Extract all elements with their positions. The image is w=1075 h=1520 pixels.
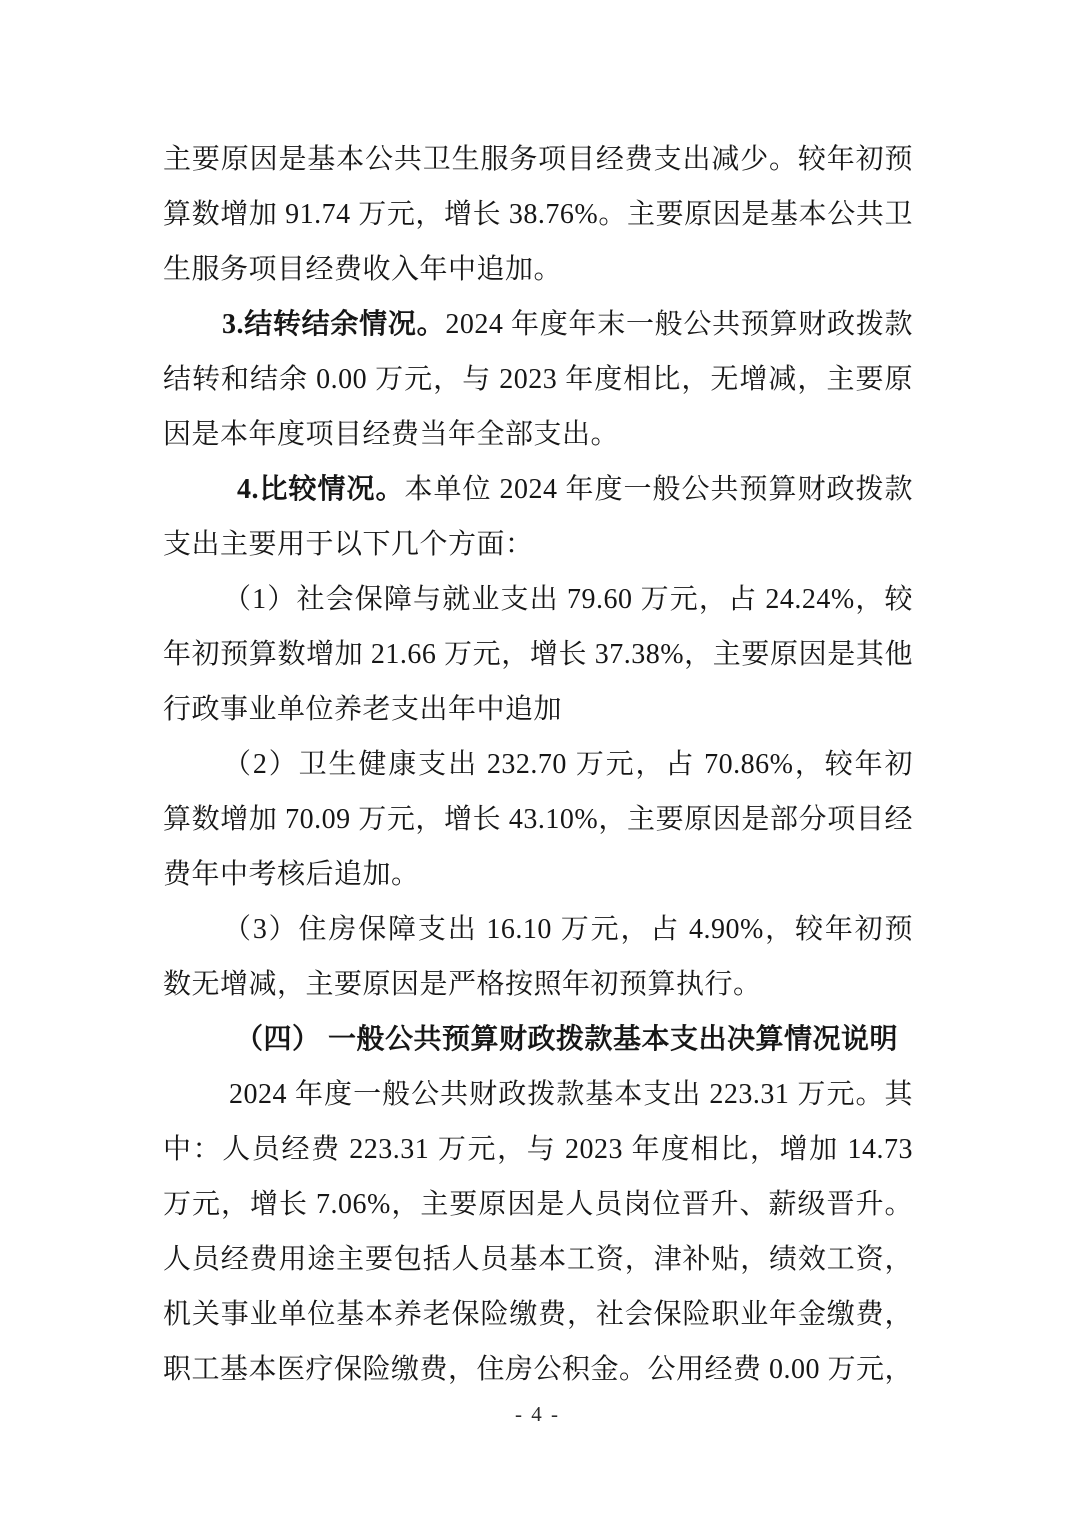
text-segment: 机关事业单位基本养老保险缴费，社会保险职业年金缴费，	[163, 1299, 913, 1330]
text-segment: 人员经费用途主要包括人员基本工资，津补贴，绩效工资，	[163, 1244, 913, 1275]
text-segment: 2024 年度一般公共财政拨款基本支出 223.31 万元。其	[229, 1079, 913, 1110]
text-line: 生服务项目经费收入年中追加。	[163, 242, 913, 297]
text-line: 2024 年度一般公共财政拨款基本支出 223.31 万元。其	[163, 1067, 913, 1122]
text-segment: 年初预算数增加 21.66 万元，增长 37.38%，主要原因是其他	[163, 639, 913, 670]
text-line: （2）卫生健康支出 232.70 万元，占 70.86%，较年初预	[163, 737, 913, 792]
text-line: 人员经费用途主要包括人员基本工资，津补贴，绩效工资，	[163, 1232, 913, 1287]
text-line: 机关事业单位基本养老保险缴费，社会保险职业年金缴费，	[163, 1287, 913, 1342]
text-segment: 算数增加 70.09 万元，增长 43.10%，主要原因是部分项目经	[163, 804, 913, 835]
text-line: 行政事业单位养老支出年中追加	[163, 682, 913, 737]
text-segment: 费年中考核后追加。	[163, 859, 420, 890]
text-line: 费年中考核后追加。	[163, 847, 913, 902]
heading-segment: 4.比较情况。	[237, 474, 405, 505]
text-segment: 算数增加 91.74 万元，增长 38.76%。主要原因是基本公共卫	[163, 199, 913, 230]
text-segment: 职工基本医疗保险缴费，住房公积金。公用经费 0.00 万元，	[163, 1354, 913, 1385]
text-line: 数无增减，主要原因是严格按照年初预算执行。	[163, 957, 913, 1012]
document-page: 主要原因是基本公共卫生服务项目经费支出减少。较年初预算数增加 91.74 万元，…	[0, 0, 1075, 1520]
text-segment: 生服务项目经费收入年中追加。	[163, 254, 562, 285]
text-segment: （3）住房保障支出 16.10 万元，占 4.90%，较年初预算	[223, 914, 913, 957]
heading-segment: （四） 一般公共预算财政拨款基本支出决算情况说明	[235, 1024, 898, 1055]
text-segment: 结转和结余 0.00 万元，与 2023 年度相比，无增减，主要原	[163, 364, 913, 395]
heading-segment: 3.结转结余情况。	[222, 309, 445, 340]
text-line: 3.结转结余情况。2024 年度年末一般公共预算财政拨款	[163, 297, 913, 352]
text-line: （1）社会保障与就业支出 79.60 万元，占 24.24%，较	[163, 572, 913, 627]
text-line: 主要原因是基本公共卫生服务项目经费支出减少。较年初预	[163, 132, 913, 187]
text-segment: 因是本年度项目经费当年全部支出。	[163, 419, 619, 450]
text-segment: 中：人员经费 223.31 万元，与 2023 年度相比，增加 14.73	[163, 1134, 913, 1165]
text-segment: 本单位 2024 年度一般公共预算财政拨款	[405, 474, 913, 505]
page-number: - 4 -	[0, 1402, 1075, 1427]
text-segment: 支出主要用于以下几个方面：	[163, 529, 534, 560]
text-segment: 万元，增长 7.06%，主要原因是人员岗位晋升、薪级晋升。	[163, 1189, 913, 1220]
text-segment: （1）社会保障与就业支出 79.60 万元，占 24.24%，较	[223, 584, 913, 615]
text-line: 支出主要用于以下几个方面：	[163, 517, 913, 572]
text-line: 算数增加 91.74 万元，增长 38.76%。主要原因是基本公共卫	[163, 187, 913, 242]
text-segment: 主要原因是基本公共卫生服务项目经费支出减少。较年初预	[163, 144, 913, 175]
text-line: 结转和结余 0.00 万元，与 2023 年度相比，无增减，主要原	[163, 352, 913, 407]
text-line: 因是本年度项目经费当年全部支出。	[163, 407, 913, 462]
text-line: 万元，增长 7.06%，主要原因是人员岗位晋升、薪级晋升。	[163, 1177, 913, 1232]
text-line: （四） 一般公共预算财政拨款基本支出决算情况说明	[163, 1012, 913, 1067]
text-line: （3）住房保障支出 16.10 万元，占 4.90%，较年初预算	[163, 902, 913, 957]
text-segment: 数无增减，主要原因是严格按照年初预算执行。	[163, 969, 762, 1000]
text-line: 年初预算数增加 21.66 万元，增长 37.38%，主要原因是其他	[163, 627, 913, 682]
text-segment: （2）卫生健康支出 232.70 万元，占 70.86%，较年初预	[223, 749, 913, 792]
text-line: 中：人员经费 223.31 万元，与 2023 年度相比，增加 14.73	[163, 1122, 913, 1177]
text-segment: 2024 年度年末一般公共预算财政拨款	[445, 309, 913, 340]
text-block: 主要原因是基本公共卫生服务项目经费支出减少。较年初预算数增加 91.74 万元，…	[163, 132, 913, 1397]
text-segment: 行政事业单位养老支出年中追加	[163, 694, 562, 725]
text-line: 4.比较情况。本单位 2024 年度一般公共预算财政拨款	[163, 462, 913, 517]
text-line: 算数增加 70.09 万元，增长 43.10%，主要原因是部分项目经	[163, 792, 913, 847]
text-line: 职工基本医疗保险缴费，住房公积金。公用经费 0.00 万元，	[163, 1342, 913, 1397]
